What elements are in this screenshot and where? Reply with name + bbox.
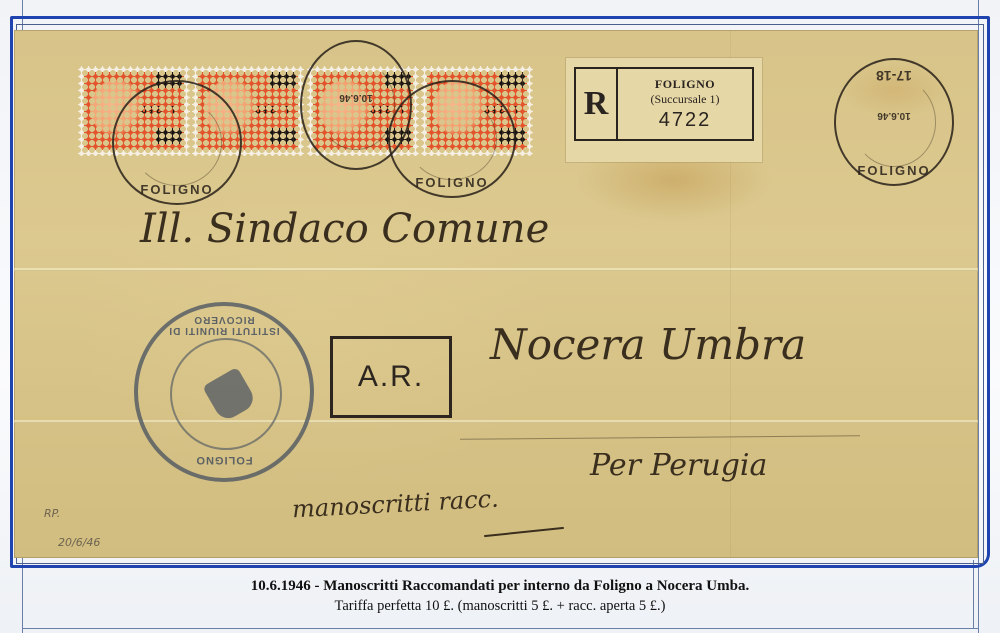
registration-office: FOLIGNO bbox=[618, 77, 752, 92]
registration-box: R FOLIGNO (Succursale 1) 4722 bbox=[574, 67, 754, 141]
stamp-overprint: L. 2,50 bbox=[255, 103, 289, 115]
address-line-town: Nocera Umbra bbox=[490, 320, 806, 369]
ar-mark: A.R. bbox=[330, 336, 452, 418]
postmark: FOLIGNO bbox=[388, 80, 516, 198]
postmark-city: FOLIGNO bbox=[114, 182, 240, 197]
address-line-via: Per Perugia bbox=[590, 448, 767, 483]
postmark: FOLIGNO bbox=[112, 80, 242, 205]
postmark-date: 10.6.46 bbox=[836, 110, 952, 121]
registration-letter: R bbox=[576, 69, 618, 139]
pencil-note: RP. bbox=[44, 507, 60, 520]
postmark: 17-18 10.6.46 FOLIGNO bbox=[834, 58, 954, 186]
sender-seal: ISTITUTI RIUNITI DI RICOVERO FOLIGNO bbox=[134, 302, 314, 482]
registration-number: 4722 bbox=[618, 109, 752, 132]
seal-text-top: ISTITUTI RIUNITI DI RICOVERO bbox=[138, 314, 310, 336]
address-line-recipient: Ill. Sindaco Comune bbox=[140, 206, 549, 252]
postmark-city: FOLIGNO bbox=[836, 163, 952, 178]
album-page: POSTE ITALIANE L. 2,50 POSTE ITALIANE L.… bbox=[0, 0, 1000, 633]
registration-label: R FOLIGNO (Succursale 1) 4722 bbox=[566, 58, 762, 162]
postmark-time: 17-18 bbox=[836, 68, 952, 84]
envelope-fold bbox=[14, 268, 978, 271]
overprint-bars bbox=[270, 72, 296, 88]
overprint-bars bbox=[270, 128, 296, 144]
postmark-city: FOLIGNO bbox=[390, 175, 514, 190]
caption-title: 10.6.1946 - Manoscritti Raccomandati per… bbox=[0, 578, 1000, 595]
caption-subtitle: Tariffa perfetta 10 £. (manoscritti 5 £.… bbox=[0, 598, 1000, 615]
pencil-note: 20/6/46 bbox=[58, 536, 100, 549]
postmark-date: 10.6.46 bbox=[302, 92, 410, 103]
seal-text-bottom: FOLIGNO bbox=[138, 454, 310, 466]
registration-branch: (Succursale 1) bbox=[618, 92, 752, 107]
page-guide-line bbox=[22, 628, 978, 629]
overprint-bars bbox=[499, 72, 525, 88]
